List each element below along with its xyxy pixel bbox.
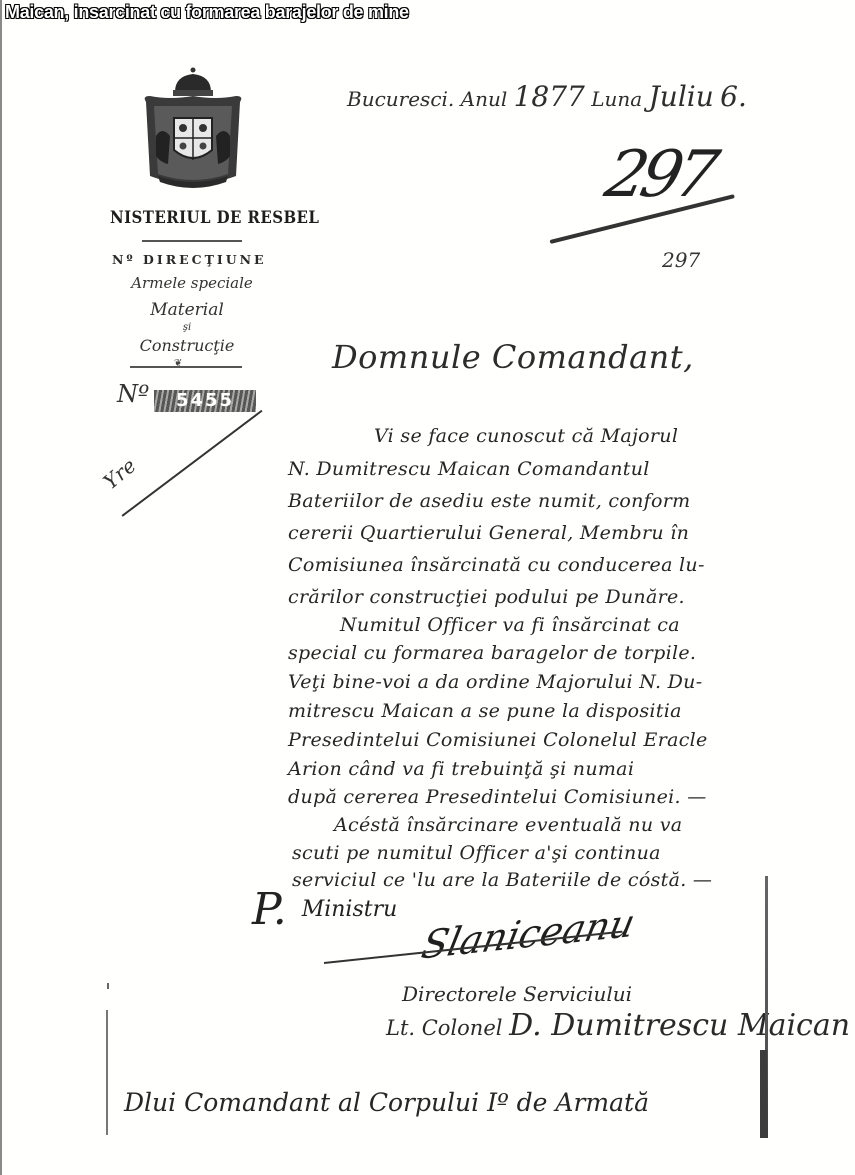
- registration-prefix: Nº: [117, 380, 149, 408]
- closing: P. Ministru: [252, 884, 397, 935]
- registration-number-small: 297: [662, 248, 700, 272]
- registration-number-struck: 5455: [154, 390, 256, 412]
- image-caption: Maican, insarcinat cu formarea barajelor…: [5, 2, 409, 23]
- department-line-2: Material: [112, 300, 262, 320]
- date-line: Bucuresci. Anul 1877 Luna Juliu 6.: [347, 80, 747, 113]
- body-line: Presedintelui Comisiunei Colonelul Eracl…: [288, 729, 708, 751]
- department-line-1: Armele speciale: [112, 274, 272, 292]
- closing-title: Ministru: [302, 897, 398, 922]
- month: Juliu: [649, 80, 714, 113]
- director-rank: Lt. Colonel: [386, 1016, 502, 1040]
- body-line: cererii Quartierului General, Membru în: [288, 522, 689, 544]
- divider: [142, 240, 242, 242]
- body-line: scuti pe numitul Officer a'şi continua: [292, 842, 661, 864]
- ornamental-divider: [130, 366, 242, 368]
- day: 6.: [720, 80, 747, 113]
- body-line: Arion când va fi trebuinţă şi numai: [288, 758, 634, 780]
- body-line: Bateriilor de asediu este numit, conform: [288, 490, 690, 512]
- minister-signature: Slaniceanu: [418, 900, 639, 968]
- body-line: Comisiunea însărcinată cu conducerea lu-: [288, 554, 705, 576]
- direction-label: Nº DIRECŢIUNE: [112, 252, 267, 267]
- year: 1877: [514, 80, 585, 113]
- body-line: special cu formarea baragelor de torpile…: [288, 642, 696, 664]
- director-signature-block: Lt. Colonel D. Dumitrescu Maican: [386, 1008, 850, 1043]
- registration-number-large: 297: [599, 138, 719, 212]
- margin-stroke: [122, 410, 263, 517]
- month-label: Luna: [591, 87, 642, 111]
- body-line: Acéstă însărcinare eventuală nu va: [334, 814, 682, 836]
- body-line: Veţi bine-voi a da ordine Majorului N. D…: [288, 671, 702, 693]
- margin-note: Yre: [99, 453, 141, 494]
- document-page: Maican, insarcinat cu formarea barajelor…: [0, 0, 855, 1175]
- closing-prefix: P.: [252, 884, 287, 935]
- page-edge-mark: [107, 983, 109, 989]
- addressee: Dlui Comandant al Corpului Iº de Armată: [124, 1088, 649, 1117]
- salutation: Domnule Comandant,: [332, 338, 694, 376]
- ornament-icon: ❦: [174, 358, 182, 369]
- body-line: după cererea Presedintelui Comisiunei. —: [288, 786, 707, 808]
- year-label: Anul: [461, 87, 508, 111]
- royal-coat-of-arms-icon: [140, 66, 246, 196]
- department-line-3: şi: [112, 322, 262, 333]
- body-line: N. Dumitrescu Maican Comandantul: [288, 458, 650, 480]
- page-edge-left: [106, 1010, 108, 1135]
- body-line: crărilor construcţiei podului pe Dunăre.: [288, 586, 685, 608]
- director-signature: D. Dumitrescu Maican: [509, 1008, 850, 1043]
- body-line: Numitul Officer va fi însărcinat ca: [340, 614, 680, 636]
- department-line-4: Construcţie: [112, 336, 262, 355]
- body-line: Vi se face cunoscut că Majorul: [374, 425, 678, 447]
- place: Bucuresci.: [347, 87, 454, 111]
- body-line: mitrescu Maican a se pune la dispositia: [288, 700, 682, 722]
- ministry-name: NISTERIUL DE RESBEL: [110, 208, 319, 228]
- page-edge-right-shadow: [760, 1050, 767, 1138]
- director-title: Directorele Serviciului: [402, 982, 632, 1006]
